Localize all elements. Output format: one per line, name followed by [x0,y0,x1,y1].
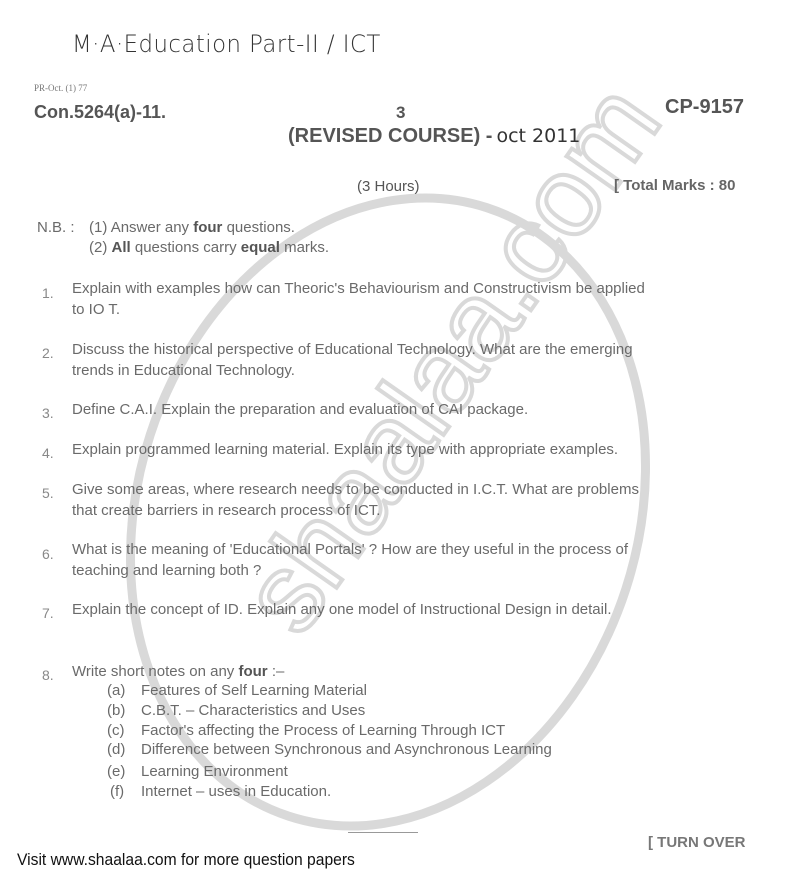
total-marks: [ Total Marks : 80 [614,177,735,194]
nb-item-number: (1) [89,219,107,236]
sub-item-label: (b) [107,702,125,719]
question-text: Explain the concept of ID. Explain any o… [72,599,611,620]
nb-item-number: (2) [89,239,107,256]
question-number: 2. [42,345,54,361]
question-text: What is the meaning of 'Educational Port… [72,539,628,581]
sub-item-label: (d) [107,741,125,758]
paper-code: CP-9157 [665,96,744,119]
sub-item-text: Factor's affecting the Process of Learni… [141,722,505,739]
question-text: Explain programmed learning material. Ex… [72,439,618,460]
question-text: Explain with examples how can Theoric's … [72,278,645,320]
sub-item-text: C.B.T. – Characteristics and Uses [141,702,365,719]
question-text: Define C.A.I. Explain the preparation an… [72,399,528,420]
duration: (3 Hours) [357,178,420,195]
sub-item-label: (a) [107,682,125,699]
question-number: 1. [42,285,54,301]
course-date: oct 2011 [496,125,580,147]
question-number: 7. [42,605,54,621]
question-number: 8. [42,667,54,683]
end-divider [348,832,418,833]
question-number: 3. [42,405,54,421]
con-code: Con.5264(a)-11. [34,102,166,123]
sub-item-text: Learning Environment [141,763,288,780]
site-link[interactable]: Visit www.shaalaa.com for more question … [17,850,355,870]
pr-code: PR-Oct. (1) 77 [34,83,87,93]
question-text: Give some areas, where research needs to… [72,479,639,521]
nb-item-bold: four [193,219,222,236]
sub-item-text: Features of Self Learning Material [141,682,367,699]
course-label: (REVISED COURSE) - [288,125,492,147]
sub-item-text: Internet – uses in Education. [141,783,331,800]
nb-item-bold: equal [241,239,280,256]
nb-item-text: marks. [280,239,329,256]
question-text: Discuss the historical perspective of Ed… [72,339,633,381]
sub-item-text: Difference between Synchronous and Async… [141,741,552,758]
question-number: 4. [42,445,54,461]
question-number: 6. [42,546,54,562]
nb-item-text: questions. [222,219,295,236]
nb-item-text: questions carry [131,239,241,256]
sub-item-label: (f) [110,783,124,800]
sub-item-label: (e) [107,763,125,780]
course-heading: (REVISED COURSE) -oct 2011 [288,125,580,148]
sub-item-label: (c) [107,722,125,739]
nb-item-bold: All [112,239,131,256]
handwritten-title: M·A·Education Part-II / ICT [72,30,381,58]
turn-over-label: [ TURN OVER [648,834,746,851]
question-number: 5. [42,485,54,501]
nb-item-text: Answer any [111,219,194,236]
nb-item: (1) Answer any four questions. [89,219,295,236]
page-number: 3 [396,103,405,123]
question-text: Write short notes on any four :– [72,661,284,682]
nb-label: N.B. : [37,219,75,236]
nb-item: (2) All questions carry equal marks. [89,239,329,256]
